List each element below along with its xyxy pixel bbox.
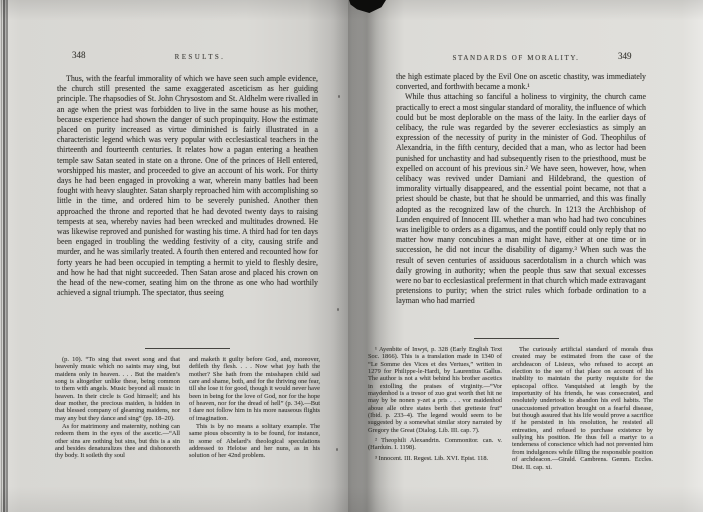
page-number-left: 348 <box>72 50 86 60</box>
footnote-paragraph: The curiously artificial standard of mor… <box>512 346 653 471</box>
body-text-left: Thus, with the fearful immorality of whi… <box>57 74 318 298</box>
footnote-paragraph: and maketh it guilty before God, and, mo… <box>189 356 320 422</box>
book-scan: 348 RESULTS. Thus, with the fearful immo… <box>0 0 703 512</box>
running-head-left: RESULTS. <box>120 53 280 61</box>
body-text-right: the high estimate placed by the Evil One… <box>396 72 646 307</box>
footnote-paragraph: ³ Innocent. III. Regest. Lib. XVI. Epist… <box>368 455 502 462</box>
footnote-paragraph: ² Theophili Alexandrin. Commonitor. can.… <box>368 437 502 452</box>
footnote-column-left-2: and maketh it guilty before God, and, mo… <box>189 356 320 461</box>
scan-speck <box>337 308 339 311</box>
footnote-paragraph: This is by no means a solitary example. … <box>189 423 320 460</box>
book-edge-line <box>1 0 2 512</box>
running-head-right: STANDARDS OF MORALITY. <box>420 54 612 62</box>
footnote-rule-right <box>474 338 559 339</box>
footnote-paragraph: (p. 10). “To sing that sweet song and th… <box>55 356 180 422</box>
footnote-paragraph: As for matrimony and maternity, nothing … <box>55 423 180 460</box>
body-paragraph: While thus attaching so fanciful a holin… <box>396 92 646 306</box>
scan-speck <box>336 448 338 451</box>
footnote-column-right-2: The curiously artificial standard of mor… <box>512 346 653 472</box>
page-number-right: 349 <box>618 51 632 61</box>
footnote-column-right-1: ¹ Ayenbite of Inwyt, p. 328 (Early Engli… <box>368 346 502 463</box>
body-paragraph: the high estimate placed by the Evil One… <box>396 72 646 92</box>
footnote-paragraph: ¹ Ayenbite of Inwyt, p. 328 (Early Engli… <box>368 346 502 434</box>
footnote-column-left-1: (p. 10). “To sing that sweet song and th… <box>55 356 180 461</box>
footnote-rule-left <box>145 348 230 349</box>
body-paragraph: Thus, with the fearful immorality of whi… <box>57 74 318 298</box>
scan-speck <box>338 95 340 98</box>
